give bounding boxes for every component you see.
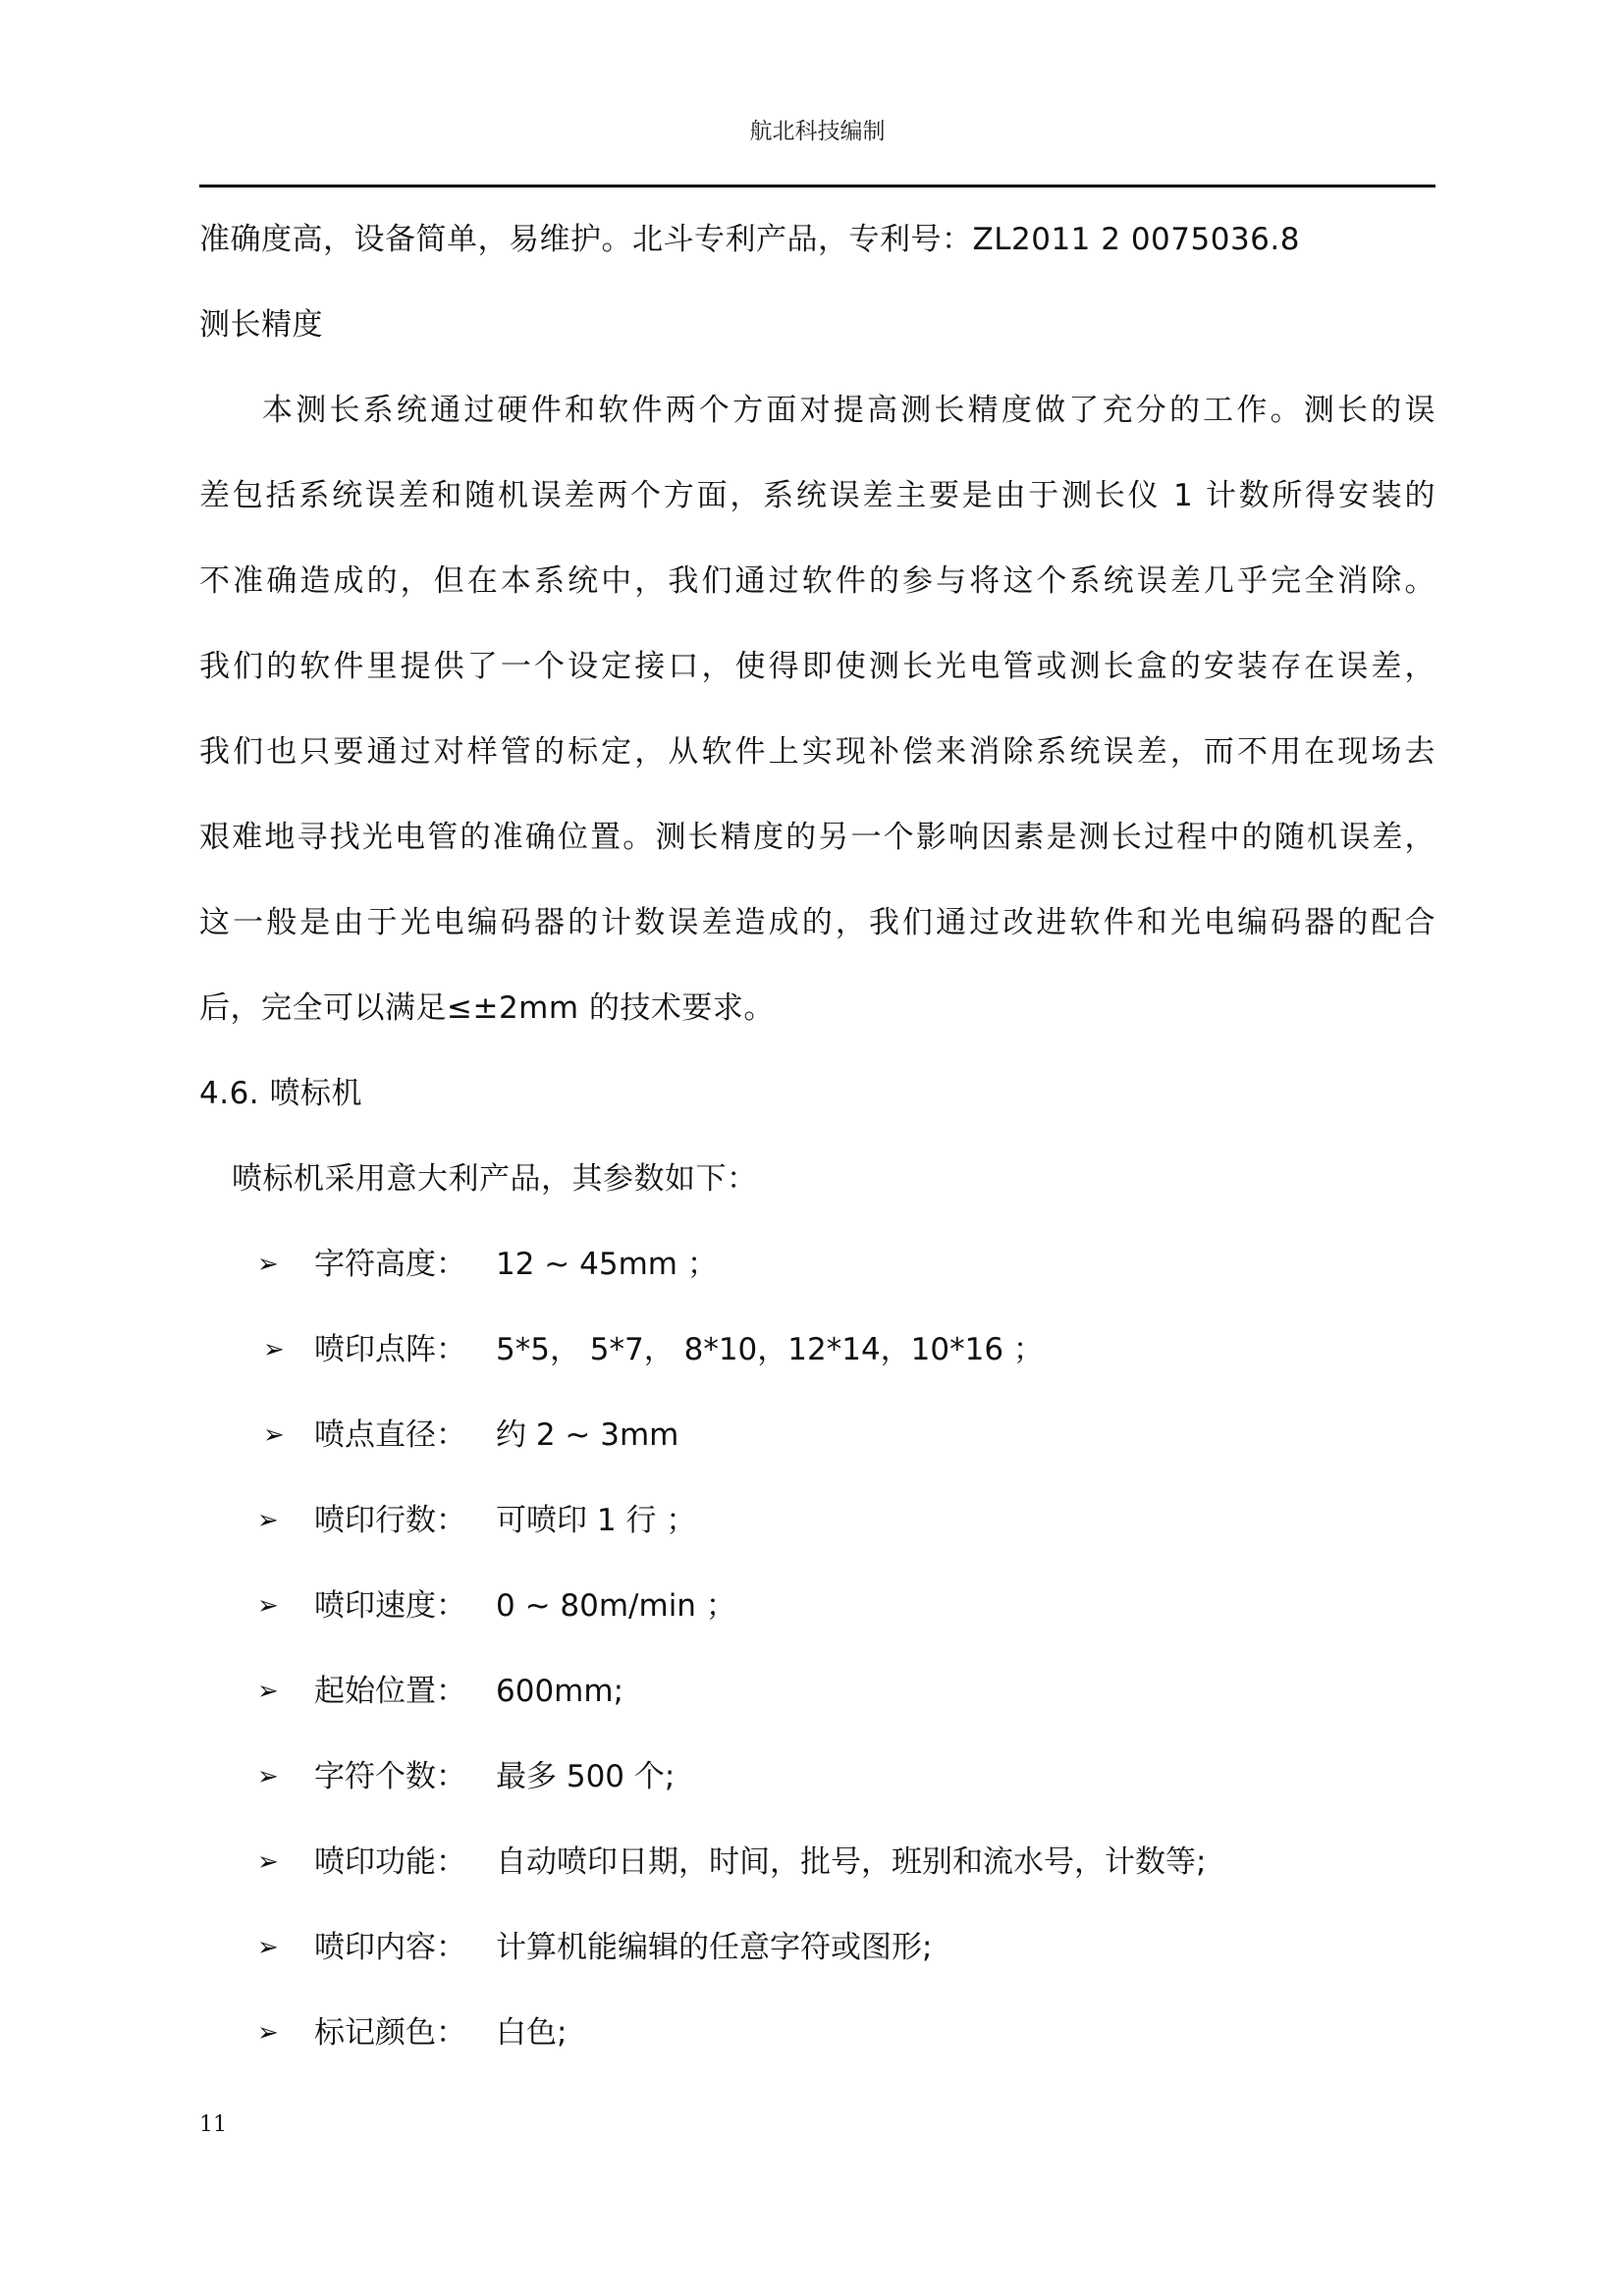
arrow-bullet-icon: ➢ [263, 1414, 293, 1457]
spec-value: 自动喷印日期，时间，批号，班别和流水号，计数等; [496, 1841, 1206, 1884]
paragraph-line: 后，完全可以满足≤±2mm 的技术要求。 [199, 987, 1435, 1030]
spec-label: 字符高度： [314, 1243, 466, 1286]
spec-value: 最多 500 个; [496, 1755, 675, 1798]
arrow-bullet-icon: ➢ [257, 1841, 287, 1884]
subsection-heading: 4.6. 喷标机 [199, 1072, 1435, 1115]
arrow-bullet-icon: ➢ [257, 1755, 287, 1798]
arrow-bullet-icon: ➢ [257, 1584, 287, 1628]
spec-value: 12 ~ 45mm ； [496, 1243, 718, 1286]
spec-label: 字符个数： [314, 1755, 466, 1798]
paragraph-line: 我们也只要通过对样管的标定，从软件上实现补偿来消除系统误差，而不用在现场去 [199, 730, 1435, 774]
spec-label: 喷印功能： [314, 1841, 466, 1884]
spec-label: 标记颜色： [314, 2011, 466, 2055]
arrow-bullet-icon: ➢ [257, 1499, 287, 1542]
header-divider [199, 185, 1435, 187]
page-header-title: 航北科技编制 [199, 114, 1435, 149]
paragraph-line: 这一般是由于光电编码器的计数误差造成的，我们通过改进软件和光电编码器的配合 [199, 901, 1435, 944]
arrow-bullet-icon: ➢ [257, 2011, 287, 2055]
paragraph-line: 艰难地寻找光电管的准确位置。测长精度的另一个影响因素是测长过程中的随机误差， [199, 816, 1435, 859]
paragraph-line: 不准确造成的，但在本系统中，我们通过软件的参与将这个系统误差几乎完全消除。 [199, 560, 1435, 603]
page-number: 11 [199, 2110, 227, 2140]
spec-value: 约 2 ~ 3mm [496, 1414, 678, 1457]
arrow-bullet-icon: ➢ [263, 1328, 293, 1371]
spec-value: 600mm; [496, 1670, 623, 1713]
spec-label: 起始位置： [314, 1670, 466, 1713]
arrow-bullet-icon: ➢ [257, 1243, 287, 1286]
paragraph-line: 我们的软件里提供了一个设定接口，使得即使测长光电管或测长盒的安装存在误差， [199, 645, 1435, 688]
arrow-bullet-icon: ➢ [257, 1926, 287, 1969]
paragraph-line: 本测长系统通过硬件和软件两个方面对提高测长精度做了充分的工作。测长的误 [199, 389, 1435, 432]
spec-value: 可喷印 1 行 ； [496, 1499, 696, 1542]
spec-label: 喷印速度： [314, 1584, 466, 1628]
paragraph-line: 差包括系统误差和随机误差两个方面，系统误差主要是由于测长仪 1 计数所得安装的 [199, 474, 1435, 517]
spec-value: 白色; [496, 2011, 567, 2055]
opening-line: 准确度高，设备简单，易维护。北斗专利产品，专利号：ZL2011 2 007503… [199, 218, 1435, 261]
section-heading: 测长精度 [199, 303, 1435, 347]
intro-line: 喷标机采用意大利产品，其参数如下： [232, 1157, 1468, 1201]
spec-label: 喷印行数： [314, 1499, 466, 1542]
arrow-bullet-icon: ➢ [257, 1670, 287, 1713]
spec-value: 计算机能编辑的任意字符或图形; [496, 1926, 932, 1969]
spec-label: 喷点直径： [314, 1414, 466, 1457]
spec-value: 5*5， 5*7， 8*10，12*14，10*16 ； [496, 1328, 1044, 1371]
spec-label: 喷印点阵： [314, 1328, 466, 1371]
spec-value: 0 ~ 80m/min ； [496, 1584, 736, 1628]
spec-label: 喷印内容： [314, 1926, 466, 1969]
